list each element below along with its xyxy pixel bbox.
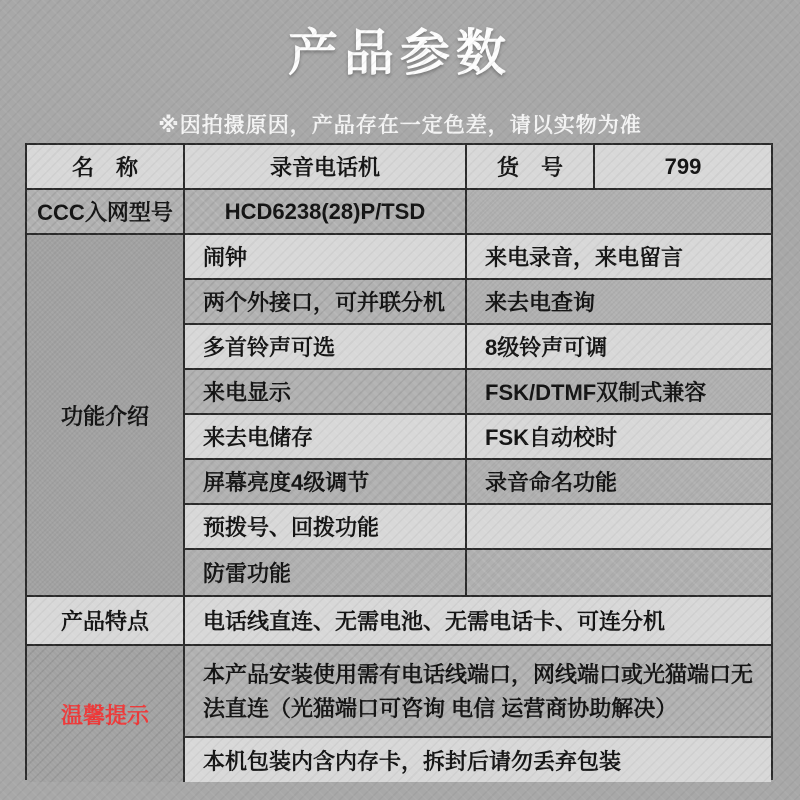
name-label-cell: 名 称	[27, 145, 185, 188]
feature-right-cell	[467, 550, 771, 595]
feature-left-cell: 预拨号、回拨功能	[185, 505, 467, 548]
feature-right-cell	[467, 505, 771, 548]
feature-left-cell: 闹钟	[185, 235, 467, 278]
feature-left-cell: 两个外接口，可并联分机	[185, 280, 467, 323]
feature-right-cell: FSK自动校时	[467, 415, 771, 458]
page-title: 产品参数	[0, 13, 800, 85]
feature-right-cell: 来电录音，来电留言	[467, 235, 771, 278]
feature-right-cell: 来去电查询	[467, 280, 771, 323]
ccc-label-cell: CCC入网型号	[27, 190, 185, 233]
feature-row: 来去电储存 FSK自动校时	[185, 415, 771, 460]
feature-row: 预拨号、回拨功能	[185, 505, 771, 550]
feature-right-cell: FSK/DTMF双制式兼容	[467, 370, 771, 413]
tips-label-cell: 温馨提示	[27, 646, 185, 782]
sku-value-cell: 799	[595, 145, 771, 188]
features-rows: 闹钟 来电录音，来电留言 两个外接口，可并联分机 来去电查询 多首铃声可选 8级…	[185, 235, 771, 595]
feature-row: 屏幕亮度4级调节 录音命名功能	[185, 460, 771, 505]
page-subtitle: ※因拍摄原因，产品存在一定色差，请以实物为准	[0, 109, 800, 139]
highlights-row: 产品特点 电话线直连、无需电池、无需电话卡、可连分机	[27, 597, 771, 646]
tip-row: 本产品安装使用需有电话线端口，网线端口或光猫端口无法直连（光猫端口可咨询 电信 …	[185, 646, 771, 738]
page-header: 产品参数 ※因拍摄原因，产品存在一定色差，请以实物为准	[0, 0, 800, 139]
feature-right-cell: 录音命名功能	[467, 460, 771, 503]
tip-text-cell: 本产品安装使用需有电话线端口，网线端口或光猫端口无法直连（光猫端口可咨询 电信 …	[185, 646, 771, 736]
feature-row: 多首铃声可选 8级铃声可调	[185, 325, 771, 370]
tip-text-cell: 本机包装内含内存卡，拆封后请勿丢弃包装	[185, 738, 771, 782]
feature-right-cell: 8级铃声可调	[467, 325, 771, 368]
feature-row: 防雷功能	[185, 550, 771, 595]
ccc-empty-cell	[467, 190, 771, 233]
features-section: 功能介绍 闹钟 来电录音，来电留言 两个外接口，可并联分机 来去电查询 多首铃声…	[27, 235, 771, 597]
table-row-name-sku: 名 称 录音电话机 货 号 799	[27, 145, 771, 190]
ccc-value-cell: HCD6238(28)P/TSD	[185, 190, 467, 233]
feature-left-cell: 来去电储存	[185, 415, 467, 458]
tips-rows: 本产品安装使用需有电话线端口，网线端口或光猫端口无法直连（光猫端口可咨询 电信 …	[185, 646, 771, 782]
spec-table: 名 称 录音电话机 货 号 799 CCC入网型号 HCD6238(28)P/T…	[25, 143, 773, 780]
feature-left-cell: 防雷功能	[185, 550, 467, 595]
sku-label-cell: 货 号	[467, 145, 595, 188]
feature-row: 闹钟 来电录音，来电留言	[185, 235, 771, 280]
feature-left-cell: 屏幕亮度4级调节	[185, 460, 467, 503]
tips-label-text: 温馨提示	[61, 699, 149, 730]
feature-row: 来电显示 FSK/DTMF双制式兼容	[185, 370, 771, 415]
feature-left-cell: 来电显示	[185, 370, 467, 413]
table-row-ccc-model: CCC入网型号 HCD6238(28)P/TSD	[27, 190, 771, 235]
highlights-label-cell: 产品特点	[27, 597, 185, 644]
feature-row: 两个外接口，可并联分机 来去电查询	[185, 280, 771, 325]
name-value-cell: 录音电话机	[185, 145, 467, 188]
feature-left-cell: 多首铃声可选	[185, 325, 467, 368]
highlights-value-cell: 电话线直连、无需电池、无需电话卡、可连分机	[185, 597, 771, 644]
tips-section: 温馨提示 本产品安装使用需有电话线端口，网线端口或光猫端口无法直连（光猫端口可咨…	[27, 646, 771, 782]
tip-row: 本机包装内含内存卡，拆封后请勿丢弃包装	[185, 738, 771, 782]
features-label-cell: 功能介绍	[27, 235, 185, 595]
